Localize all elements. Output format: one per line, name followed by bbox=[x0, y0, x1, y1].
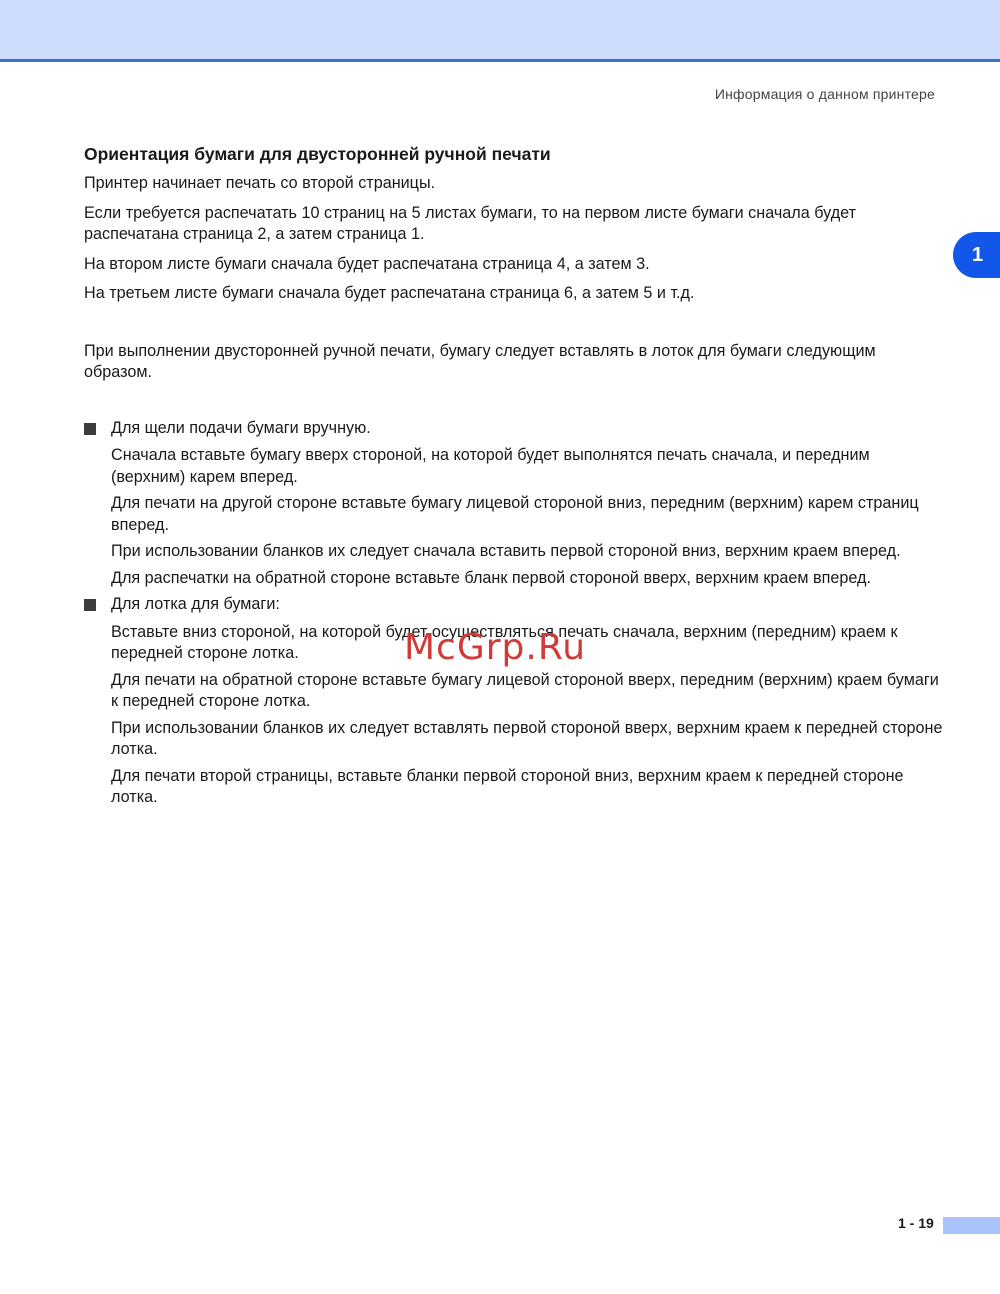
chapter-tab: 1 bbox=[953, 232, 1000, 278]
page-content: Ориентация бумаги для двусторонней ручно… bbox=[84, 144, 944, 814]
bullet-paragraph: Для печати на другой стороне вставьте бу… bbox=[111, 493, 944, 536]
bullet-paragraph: Для печати на обратной стороне вставьте … bbox=[111, 670, 944, 713]
bullet-paragraph: При использовании бланков их следует сна… bbox=[111, 541, 944, 563]
bullet-paragraph: Для распечатки на обратной стороне встав… bbox=[111, 568, 944, 590]
chapter-number: 1 bbox=[972, 244, 983, 267]
bullet-paragraph: При использовании бланков их следует вст… bbox=[111, 718, 944, 761]
bullet-item-manual-slot: Для щели подачи бумаги вручную. Сначала … bbox=[84, 418, 944, 590]
page-number: 1 - 19 bbox=[898, 1215, 934, 1231]
square-bullet-icon bbox=[84, 599, 96, 611]
section-title: Ориентация бумаги для двусторонней ручно… bbox=[84, 144, 944, 165]
bullet-title: Для лотка для бумаги: bbox=[111, 594, 944, 616]
intro-paragraph: Принтер начинает печать со второй страни… bbox=[84, 173, 944, 195]
intro-paragraph: На втором листе бумаги сначала будет рас… bbox=[84, 254, 944, 276]
lead-paragraph: При выполнении двусторонней ручной печат… bbox=[84, 341, 944, 384]
footer-band bbox=[943, 1217, 1000, 1234]
intro-paragraph: Если требуется распечатать 10 страниц на… bbox=[84, 203, 944, 246]
intro-paragraph: На третьем листе бумаги сначала будет ра… bbox=[84, 283, 944, 305]
bullet-paragraph: Сначала вставьте бумагу вверх стороной, … bbox=[111, 445, 944, 488]
header-rule bbox=[0, 59, 1000, 62]
header-band bbox=[0, 0, 1000, 59]
bullet-list: Для щели подачи бумаги вручную. Сначала … bbox=[84, 418, 944, 809]
square-bullet-icon bbox=[84, 423, 96, 435]
bullet-title: Для щели подачи бумаги вручную. bbox=[111, 418, 944, 440]
running-title: Информация о данном принтере bbox=[715, 86, 935, 102]
watermark: McGrp.Ru bbox=[404, 627, 586, 668]
bullet-paragraph: Для печати второй страницы, вставьте бла… bbox=[111, 766, 944, 809]
